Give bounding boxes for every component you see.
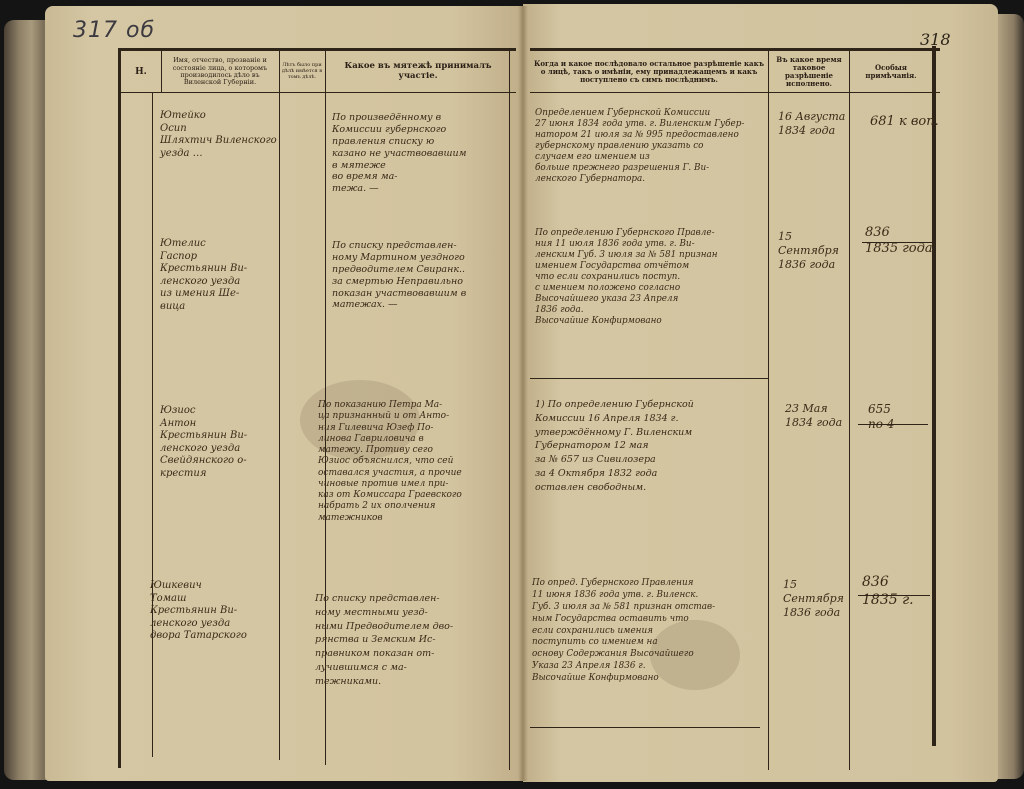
header-col-role: Какое въ мятежѣ принималъ участіе. <box>327 52 509 92</box>
entry-4-executed: 15 Сентября 1836 года <box>783 578 853 619</box>
header-col-age: Лѣтъ было при дѣлѣ имѣется в томъ дѣлѣ. <box>281 52 323 92</box>
entry-3-resolution: 1) По определению Губернской Комиссии 16… <box>535 398 767 494</box>
right-border-rule <box>932 46 936 746</box>
header-col-name: Имя, отчество, прозваніе и состояніе лиц… <box>163 52 277 92</box>
entry-4-name: Юшкевич Томаш Крестьянин Ви- ленского уе… <box>150 580 290 643</box>
entry-underline <box>530 727 760 728</box>
open-ledger-book: 317 об 318 Н. Имя, отчество, прозваніе и… <box>0 0 1024 789</box>
entry-2-name: Ютелис Гаспор Крестьянин Ви- ленского уе… <box>160 238 278 313</box>
col-rule <box>152 92 153 757</box>
entry-1-notes: 681 к воп. <box>870 114 990 130</box>
header-top-rule <box>120 48 516 51</box>
header-col-resolution: Когда и какое послѣдовало остальное разр… <box>532 52 766 92</box>
header-col-executed: Въ какое время таковое разрѣшеніе исполн… <box>770 52 848 92</box>
entry-2-resolution: По определению Губернского Правле- ния 1… <box>535 228 767 327</box>
entry-3-role: По показанию Петра Ма- ца признанный и о… <box>318 400 510 524</box>
header-top-rule <box>530 48 940 51</box>
entry-1-name: Ютейко Осип Шляхтич Виленского уезда … <box>160 110 278 160</box>
entry-3-name: Юзиос Антон Крестьянин Ви- ленского уезд… <box>160 405 278 480</box>
entry-4-resolution: По опред. Губернского Правления 11 июня … <box>532 578 768 685</box>
col-rule <box>768 50 769 770</box>
left-border-rule <box>118 48 121 768</box>
header-col-notes: Особыя примѣчанія. <box>851 52 931 92</box>
entry-4-notes: 836 1835 г. <box>862 574 942 609</box>
entry-1-resolution: Определением Губернской Комиссии 27 июня… <box>535 108 767 185</box>
notes-fraction-rule <box>858 424 928 425</box>
notes-fraction-rule <box>858 595 930 596</box>
book-gutter <box>518 6 528 781</box>
left-page-number: 317 об <box>73 18 155 43</box>
col-rule <box>161 50 162 92</box>
header-col-number: Н. <box>122 52 160 92</box>
notes-fraction-rule <box>862 242 932 243</box>
entry-2-role: По списку представлен- ному Мартином уез… <box>332 240 508 311</box>
header-bottom-rule <box>120 92 516 93</box>
col-rule <box>279 50 280 760</box>
entry-underline <box>530 378 768 379</box>
entry-3-executed: 23 Мая 1834 года <box>785 402 849 430</box>
entry-1-role: По произведённому в Комиссии губернского… <box>332 112 508 195</box>
entry-2-executed: 15 Сентября 1836 года <box>778 230 848 271</box>
entry-3-notes: 655 по 4 <box>868 402 938 432</box>
col-rule <box>849 50 850 770</box>
entry-1-executed: 16 Августа 1834 года <box>778 110 848 138</box>
entry-4-role: По списку представлен- ному местными уез… <box>315 592 510 688</box>
header-bottom-rule <box>530 92 940 93</box>
